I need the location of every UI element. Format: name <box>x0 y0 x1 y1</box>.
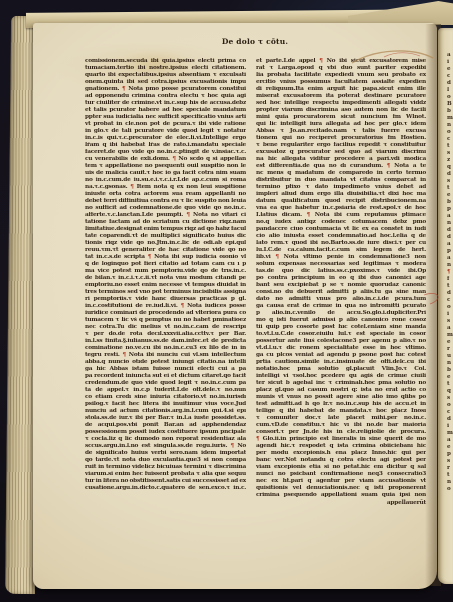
text-line: tii quip pro cōsorte post hīc cōtel.enia… <box>256 324 426 331</box>
cutoff-letter: s <box>447 178 453 185</box>
text-line: ad opponendū crimina contra electū τ hoc… <box>85 93 246 100</box>
text-line: vt probat in cle.non pōt de pcura.τ ibi … <box>85 121 246 128</box>
cutoff-letter: B <box>447 101 453 108</box>
cutoff-letter: p <box>447 451 453 458</box>
cutoff-letter: f <box>447 276 453 283</box>
text-line: nunciū ad actum citationis.arg.in.l.cum … <box>85 408 246 415</box>
text-line: in.l.ss finita.§.iulianus.ss.de dam.infe… <box>85 338 246 345</box>
text-line: τ cōcla.liz q lic dūmodo non reporat res… <box>85 436 246 443</box>
text-line: quarto ibi expectatibus.ipsius absentiam… <box>85 72 246 79</box>
text-line: to.vt.l.u.C.de cōsor.eiuilū lūl.τ est sp… <box>256 331 426 338</box>
pilcrow-rubric: ¶ <box>447 269 450 275</box>
text-line: Abbas τ Jo.an.recitādo.nam τ talis fuerr… <box>256 128 426 135</box>
cutoff-letter: e <box>447 444 453 451</box>
cutoff-letter: e <box>447 374 453 381</box>
cutoff-letter: q <box>447 388 453 395</box>
catchword: appellauerūt <box>256 500 426 506</box>
text-line: bant seu excipiebāt p se τ nomie quorūda… <box>256 282 426 289</box>
text-line: intelligi vi τsol.hoc pcedere qū agiś de… <box>256 373 426 380</box>
text-line: propter viarum discrimina aso autem non … <box>256 107 426 114</box>
cutoff-letter: a <box>447 52 453 59</box>
pilcrow-rubric: ¶ <box>387 163 390 169</box>
text-line: miserat excusatorem ita poterat destinar… <box>256 93 426 100</box>
text-line: per modū excepionis.h enā placz Inno.hic… <box>256 450 426 457</box>
text-line: tatē cōparendi.τt de multiplici signific… <box>85 233 246 240</box>
cutoff-letter: i <box>447 59 453 66</box>
text-line: quisitionis vel denūciationis.nec q isti… <box>256 485 426 492</box>
cutoff-letter: c <box>447 297 453 304</box>
text-line: de bilan.τ in.c.i.τ.c.ii.τt nota vnū mod… <box>85 275 246 282</box>
text-line: nec ex ht.pari q agentur per viam accusa… <box>256 478 426 485</box>
text-line: cōmissionem.secūda ibi quia.ipsius elect… <box>85 58 246 65</box>
cutoff-letter: c <box>447 409 453 416</box>
text-line: possertur ante liuś cōlestacōne3 per age… <box>256 338 426 345</box>
cutoff-letter: b <box>447 199 453 206</box>
text-line: q de lōginquo pōt fieri citatio ad totam… <box>85 261 246 268</box>
text-line: nō in.c.cūm.de iu.su.e.i.τ.c.i.r.I.de ap… <box>85 177 246 184</box>
text-line: reuū.τm.τt generaliter de hac citatione … <box>85 247 246 254</box>
cutoff-letter: o <box>447 402 453 409</box>
text-line: tionis riqz vide qō nō.Jtm.in.c.lic de o… <box>85 240 246 247</box>
text-line: ga cū plcos veniat ad agendū p psone pos… <box>256 352 426 359</box>
text-line: de acqui.pos.vbi ponit Bar.an ad apphend… <box>85 422 246 429</box>
text-line: tā de appel.τ in.c.p tuderit.I.de off.de… <box>85 387 246 394</box>
text-line: psilog.τ facit hec litera ibi inuitimur … <box>85 401 246 408</box>
pilcrow-rubric: ¶ <box>148 254 151 260</box>
text-line: viarum.si enim hec fuissent probata τ al… <box>85 471 246 478</box>
cutoff-letter: p <box>447 206 453 213</box>
text-line: dato nō admitti vnus pro alio.in.c.i.de … <box>256 296 426 303</box>
cutoff-letter: e <box>447 339 453 346</box>
cutoff-letter: t <box>447 381 453 388</box>
pilcrow-rubric: ¶ <box>122 86 125 92</box>
text-line: nec cōtra.Tu dic melius vt nō.in.c.cām d… <box>85 324 246 331</box>
cutoff-letter: t <box>447 283 453 290</box>
text-line: iuridice cōminari de procedendo ad vlter… <box>85 310 246 317</box>
cutoff-letter: q <box>447 164 453 171</box>
text-line: de significato huius verbi sero.nam idem… <box>85 450 246 457</box>
text-line: cum.τD.de constituī.τ hic vī ibi nō.de b… <box>256 422 426 429</box>
cutoff-letter: d <box>447 416 453 423</box>
cutoff-letter: o <box>447 304 453 311</box>
text-line: ¶ Glo.ii.in principio est lineralis in s… <box>256 436 426 443</box>
cutoff-letter: o <box>447 94 453 101</box>
text-line: impleri aliud dum ergo illa diuisibilia.… <box>256 191 426 198</box>
cutoff-letter: n <box>447 220 453 227</box>
text-line: pa recordent iniuncta sut ei et dictum c… <box>85 373 246 380</box>
cutoff-letter: l <box>447 87 453 94</box>
pilcrow-rubric: ¶ <box>275 254 278 260</box>
text-line: in.c.cōstitutioni de re.iud.li.vi. ¶ Not… <box>85 303 246 310</box>
cutoff-letter: b <box>447 108 453 115</box>
cutoff-letter: d <box>447 227 453 234</box>
text-line: placz gl.quo ad casum nostri q: ista nō … <box>256 387 426 394</box>
text-line: tationē factam ad dō scriatum cū diction… <box>85 219 246 226</box>
text-line: di reliquum.Ita enim arguit hic papa.sic… <box>256 86 426 93</box>
cutoff-letter: t <box>447 143 453 150</box>
cutoff-letter: n <box>447 479 453 486</box>
cutoff-letter: a <box>447 325 453 332</box>
text-line: ruit in termino videlicz bicuiuas termin… <box>85 464 246 471</box>
text-line: p alio.in.c.venilo de accu.So.glo.i.dupl… <box>256 310 426 317</box>
cutoff-letter: t <box>447 185 453 192</box>
text-line: prtia cautionī.simile in.c.insinuāte de … <box>256 359 426 366</box>
text-line: excusatoz q procurator sed quo ad viarum… <box>256 149 426 156</box>
text-line: gnationem. ¶ Nota pmo posse pcuratorem c… <box>85 86 246 93</box>
text-line: crimina psequendo appellationi suam quia… <box>256 492 426 499</box>
text-line: ter sicut b agebal inc τ criminālī.hoc p… <box>256 380 426 387</box>
text-line: ga hic Abbas istam fuisse nuncii electi … <box>85 366 246 373</box>
text-line: lia probata facilitate expediēdi vnum se… <box>256 72 426 79</box>
book-photo: De dolo τ cōtu. cōmissionem.secūda ibi q… <box>0 0 453 602</box>
text-line: cōminatione nō.ve.cū ibi nō.in.c.cu3 ex … <box>85 345 246 352</box>
text-line: debet ferri diffinitiua contra eū τ lic … <box>85 198 246 205</box>
cutoff-letter: i <box>447 311 453 318</box>
cutoff-letter: m <box>447 115 453 122</box>
cutoff-letter: r <box>447 465 453 472</box>
next-page-cutoff-text: aiecdloBbmnoctszqdstebpanddapan¶ftdcoisa… <box>447 52 453 493</box>
text-line: et talis pcurator habere ad hoc speciale… <box>85 107 246 114</box>
text-line: cio alio iniusta esset condemnatio.ad ho… <box>256 233 426 240</box>
text-line: nō sufficit ad cōdemnationē.de quo vide … <box>85 205 246 212</box>
cutoff-letter: u <box>447 353 453 360</box>
text-line: na hic allegata viditur procedere a pari… <box>256 156 426 163</box>
text-line: munis vt vnus nō possit agere sine alio … <box>256 394 426 401</box>
cutoff-letter: d <box>447 234 453 241</box>
text-line: tur ciuiliter de crimine.vt in.c.sup his… <box>85 100 246 107</box>
text-line: cū venerabilis de exli.domī. ¶ Nō scdo q… <box>85 156 246 163</box>
text-line: mo q isti fuerūt admissi p alio canonico… <box>256 317 426 324</box>
cutoff-letter: a <box>447 241 453 248</box>
text-line: ga causa erat de crimīe in qua nō introm… <box>256 303 426 310</box>
cutoff-letter: s <box>447 395 453 402</box>
cutoff-letter: a <box>447 255 453 262</box>
text-line: ercitio vnius possumus facultatem assial… <box>256 79 426 86</box>
cutoff-letter: n <box>447 360 453 367</box>
text-line: solum expensas necessarias sed legitimas… <box>256 261 426 268</box>
pilcrow-rubric: ¶ <box>172 156 175 162</box>
text-line: qui lic intelligit iura allegata ad hoc … <box>256 121 426 128</box>
text-line: afferte.τ.c.lanctan.I.de psumpti. ¶ Nota… <box>85 212 246 219</box>
text-line: tur in litera nō obstitissent.satis cui … <box>85 478 246 485</box>
text-line: lū.I.C.de ca.calūm.facit.c.cum sim legem… <box>256 247 426 254</box>
text-line: pandaccre ciuo contumaciā vt lic ex ea c… <box>256 226 426 233</box>
text-line: in glo.τ de tali pcuratore vide quod leg… <box>85 128 246 135</box>
text-line: nc mens q mādatum de comparēdo in certo … <box>256 170 426 177</box>
text-line: qō tarde.τt nota duo exculantia.que3 si … <box>85 457 246 464</box>
text-line: consi.nō dū debuerit admitti p aliis.tū … <box>256 289 426 296</box>
text-line: lřam q ibi habebāt lřas de rato.i.mandat… <box>85 142 246 149</box>
text-line: tegrū resti. ¶ Nota ibi nunciū cui vl.sm… <box>85 352 246 359</box>
text-line: rat τ l.arga.opoīd q vbi duo sunt parite… <box>256 65 426 72</box>
cutoff-letter: b <box>447 367 453 374</box>
text-line: vna ea que habetur in.c.psiaria de rest.… <box>256 205 426 212</box>
text-line: consort.τ per Jn.de his in cle.religioli… <box>256 429 426 436</box>
text-line: τ per do.de rota decīl.xxxvii.alia.ccttv… <box>85 331 246 338</box>
text-line: notatio.hoc pma solutio gl.placuit Vlin.… <box>256 366 426 373</box>
text-line: po contra principium in eo q ibi duo can… <box>256 275 426 282</box>
cutoff-letter: r <box>447 346 453 353</box>
text-line: τ bene regulariter ergo facilius repedit… <box>256 142 426 149</box>
cutoff-letter: o <box>447 129 453 136</box>
text-line: vt.d.l.ū.τ dic rōnem specialitatē esse i… <box>256 345 426 352</box>
text-line: ri pemptoriis.τ vide hanc diuersas pract… <box>85 296 246 303</box>
cutoff-letter: n <box>447 122 453 129</box>
text-line: possessionem possit iudex cōstituere ips… <box>85 429 246 436</box>
cutoff-letter: ¶ <box>447 269 453 276</box>
text-column-right: et parte.I.de appel ¶ Nō ibi sicut excus… <box>256 58 426 499</box>
text-line: ppter sua iudicialia nec sufficit specif… <box>85 114 246 121</box>
cutoff-letter: c <box>447 136 453 143</box>
text-line: sed hoc intellige respectu impedimenti a… <box>256 100 426 107</box>
text-line: τ cōmuniter doc.τ latē placet mihi.per n… <box>256 415 426 422</box>
text-line: credendum.de quo vide quod legit τ nō.in… <box>85 380 246 387</box>
text-line: est differentia.de qua nō dī curandum. ¶… <box>256 163 426 170</box>
text-line: cusationē.argu.in.dicto.c.quatero de sen… <box>85 485 246 492</box>
text-line: banc ver.Nōt notandū q cōtra electū agi … <box>256 457 426 464</box>
cutoff-letter: s <box>447 318 453 325</box>
text-line: tres terminos sed vno pōt terminus incis… <box>85 289 246 296</box>
text-line: telligē q ibi habebāt de mandatā.τ hoc p… <box>256 408 426 415</box>
cutoff-letter: c <box>447 73 453 80</box>
text-line: co etiam credī sine iniuria citatorio.vt… <box>85 394 246 401</box>
text-line: emptoriū.nō esset enim necesse vt tempus… <box>85 282 246 289</box>
text-column-left: cōmissionem.secūda ibi quia.ipsius elect… <box>85 58 246 492</box>
text-line: distribuitur in duo mandata vt citatus c… <box>256 177 426 184</box>
text-line: lato rem.τ quod ibi nō.Barto.ss.de iure … <box>256 240 426 247</box>
text-line: datum qualificatum quod recipit distribu… <box>256 198 426 205</box>
text-line: test admitti.ad h qō lr.τ nō.in.c.sup hi… <box>256 401 426 408</box>
text-line: tas.de quo dic latius.ss.c.pxoximo.τ vid… <box>256 268 426 275</box>
pilcrow-rubric: ¶ <box>256 436 259 442</box>
text-line: tat in.c.s.de scriptā ¶ Nota ibi sup iud… <box>85 254 246 261</box>
cutoff-letter: s <box>447 150 453 157</box>
text-line: mini quia procuratorem sicut nuncium fm … <box>256 114 426 121</box>
text-line: viam excepionis etiā si nō petat.hic enī… <box>256 464 426 471</box>
pilcrow-rubric: ¶ <box>181 303 184 309</box>
text-line: agendi hic.τ respōdet q ista criminā obi… <box>256 443 426 450</box>
pilcrow-rubric: ¶ <box>231 443 234 449</box>
text-line: I.latius dicam. ¶ Nota ibi cum reputamus… <box>256 212 426 219</box>
text-line: abba.q nuncio otīdē potest iniungi citat… <box>85 359 246 366</box>
cutoff-letter: e <box>447 66 453 73</box>
text-line: uis de malicia cauit.τ hoc iō ga facit c… <box>85 170 246 177</box>
cutoff-letter: p <box>447 248 453 255</box>
cutoff-letter: i <box>447 423 453 430</box>
cutoff-letter: m <box>447 430 453 437</box>
cutoff-letter: d <box>447 171 453 178</box>
text-line: tionem qui nō reciperet procuratorius fm… <box>256 135 426 142</box>
text-line: onem.quinta ibi sed cōtra.ipsius excusat… <box>85 79 246 86</box>
text-line: lib.vi ¶ Nota vltimo penie in condemnati… <box>256 254 426 261</box>
text-line: na.τ.c.gsonas. ¶ Item nota q ex non leui… <box>85 184 246 191</box>
pilcrow-rubric: ¶ <box>307 212 310 218</box>
text-line: iniuste orta cōtra actorem sua ream appe… <box>85 191 246 198</box>
cutoff-letter: d <box>447 290 453 297</box>
pilcrow-rubric: ¶ <box>319 58 322 64</box>
pilcrow-rubric: ¶ <box>123 352 126 358</box>
text-line: et parte.I.de appel ¶ Nō ibi sicut excus… <box>256 58 426 65</box>
cutoff-letter: z <box>447 157 453 164</box>
text-line: termino pfixo τ dato impedimēto vnius de… <box>256 184 426 191</box>
text-line: tumacem τ lic vś q pemptus nū nō habet p… <box>85 317 246 324</box>
text-line: limitatiue.designat enim tempus riqz ad … <box>85 226 246 233</box>
text-line: ma vice potest mīm pemptoriū.vide qō de … <box>85 268 246 275</box>
cutoff-letter: d <box>447 80 453 87</box>
text-line: facerēt.de quo vide qō nō.in.c.ptingit d… <box>85 149 246 156</box>
running-header: De dolo τ cōtu. <box>205 37 305 46</box>
text-line: in.c.is qui.τ.c.procurator de elec.li.vi… <box>85 135 246 142</box>
text-line: stola.ss.de iur.τ ibi per Bar.τ in.l.ā i… <box>85 415 246 422</box>
cutoff-letter: a <box>447 213 453 220</box>
cutoff-letter: n <box>447 262 453 269</box>
cutoff-letter: a <box>447 437 453 444</box>
cutoff-letter: s <box>447 458 453 465</box>
pilcrow-rubric: ¶ <box>186 212 189 218</box>
text-line: tem τ appellationē nō psequenti ouil sus… <box>85 163 246 170</box>
text-line: nunci nō psicbant confirmationē neq3 con… <box>256 471 426 478</box>
cutoff-letter: m <box>447 332 453 339</box>
text-line: tumaciam.tertio ibi nostre.ipsius electi… <box>85 65 246 72</box>
cutoff-letter: t <box>447 472 453 479</box>
text-line: sccus.argu.in.l.nō est singulā.ss.de reg… <box>85 443 246 450</box>
text-line: nō.q iudex antiqz cōdēnec cōtumacem debz… <box>256 219 426 226</box>
pilcrow-rubric: ¶ <box>130 184 133 190</box>
cutoff-letter: e <box>447 192 453 199</box>
cutoff-letter: o <box>447 486 453 493</box>
